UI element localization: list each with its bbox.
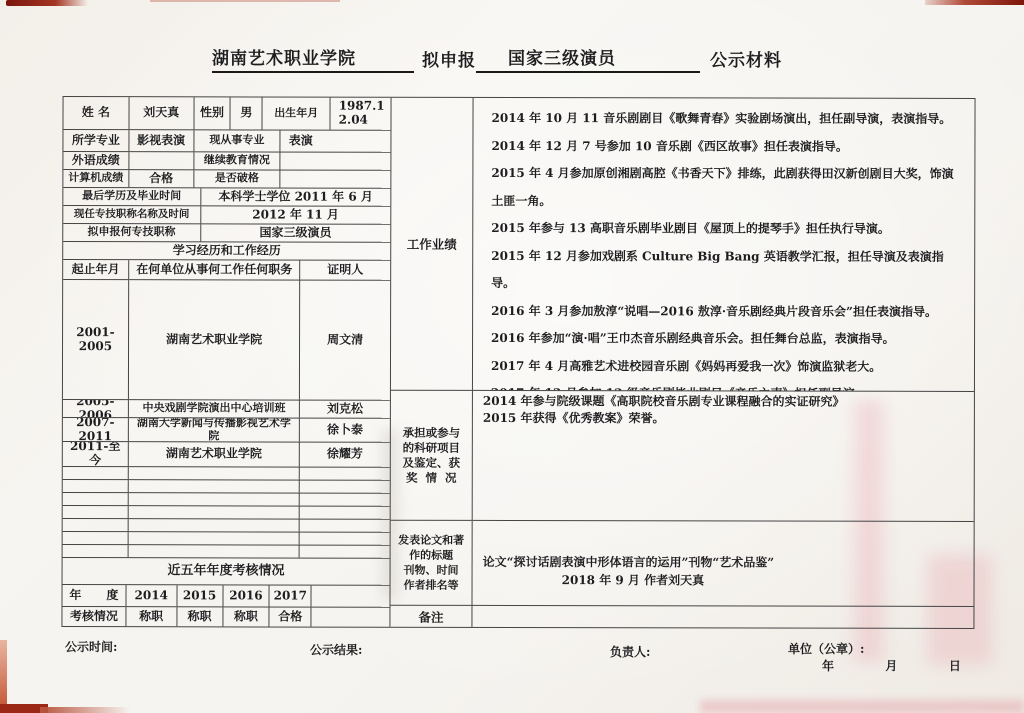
exp3-period: 2007-2011: [63, 418, 129, 441]
empty-cell: [129, 467, 300, 479]
empty-cell: [300, 546, 390, 558]
empty-cell: [300, 481, 390, 493]
scan-artifact-left-band: [0, 640, 7, 713]
exp3-org: 湖南大学新闻与传播影视艺术学院: [129, 418, 301, 441]
col-witness: 证明人: [300, 261, 390, 280]
achievement-item: 2015 年 12 月参加戏剧系 Culture Big Bang 英语教学汇报…: [491, 242, 964, 298]
degree-value: 本科学士学位 2011 年 6 月: [201, 188, 390, 205]
experience-row-2: 2005-2006 中央戏剧学院演出中心培训班 刘克松: [63, 400, 390, 419]
continuing-value: [281, 153, 391, 170]
col-period: 起止年月: [63, 260, 129, 279]
experience-column-headers: 起止年月 在何单位从事何工作任何职务 证明人: [63, 260, 390, 281]
year-2015: 2015: [177, 585, 223, 606]
achievement-item: 2017 年 4 月高雅艺术进校园音乐剧《妈妈再爱我一次》饰演监狱老大。: [491, 352, 964, 380]
assessment-section-header: 近五年年度考核情况: [63, 558, 390, 586]
achievement-item: 2016 年 3 月参加敖淳“说唱—2016 敖淳·音乐剧经典片段音乐会”担任表…: [491, 297, 964, 325]
scanned-form-page: 湖南艺术职业学院 拟申报 国家三级演员 公示材料 姓 名 刘天真 性别 男 出生…: [0, 0, 1024, 713]
scan-artifact-bottom-left: [0, 704, 48, 713]
result-2015: 称职: [177, 607, 223, 626]
publication-line-2: 2018 年 9 月 作者刘天真: [473, 571, 794, 590]
achievements-content: 2014 年 10 月 11 音乐剧剧目《歌舞青春》实验剧场演出，担任副导演，表…: [473, 98, 975, 392]
research-label-line: 的科研项目: [403, 440, 461, 455]
exp1-witness: 周文清: [300, 281, 390, 400]
empty-cell: [300, 520, 390, 532]
scan-artifact-bottom-left2: [40, 707, 130, 713]
publications-content: 论文“探讨话剧表演中形体语言的运用”刊物“艺术品鉴” 2018 年 9 月 作者…: [472, 521, 973, 607]
year-empty: [312, 586, 390, 607]
exception-label: 是否破格: [194, 170, 281, 187]
current-major-label: 现从事专业: [194, 130, 281, 151]
result-empty: [312, 608, 390, 627]
research-item: 2015 年获得《优秀教案》荣誉。: [483, 410, 966, 428]
experience-row-3: 2007-2011 湖南大学新闻与传播影视艺术学院 徐卜泰: [63, 418, 390, 443]
empty-cell: [128, 506, 299, 518]
title-suffix: 公示材料: [710, 46, 782, 73]
major-label: 所学专业: [63, 130, 129, 151]
exp2-witness: 刘克松: [300, 401, 390, 418]
row-foreign: 外语成绩 继续教育情况: [63, 152, 390, 171]
row-apply-title: 拟申报何专技职称 国家三级演员: [63, 224, 390, 243]
publications-label-line: 作者排名等: [404, 578, 459, 593]
empty-row: [63, 506, 390, 520]
empty-row: [63, 493, 390, 507]
degree-label: 最后学历及毕业时间: [63, 188, 201, 205]
year-2014: 2014: [126, 585, 177, 606]
achievement-item: 2015 年 4 月参加原创湘剧高腔《书香天下》排练，此剧获得田汉新创剧目大奖，…: [491, 160, 964, 216]
research-label-line: 承担或参与: [403, 425, 461, 440]
birth-label: 出生年月: [263, 97, 331, 129]
publications-label-line: 作的标题: [409, 548, 453, 563]
result-label: 考核情况: [62, 607, 126, 626]
row-name: 姓 名 刘天真 性别 男 出生年月 1987.12.04: [63, 97, 390, 131]
empty-cell: [300, 468, 390, 480]
experience-row-1: 2001-2005 湖南艺术职业学院 周文清: [63, 280, 390, 401]
assessment-results-row: 考核情况 称职 称职 称职 合格: [62, 607, 389, 627]
scan-artifact-top-right: [925, 0, 1024, 5]
foreign-value: [129, 152, 194, 169]
empty-cell: [63, 532, 129, 544]
research-label-line: 奖 情 况: [406, 470, 457, 485]
exp4-witness: 徐耀芳: [300, 443, 390, 467]
gender-label: 性别: [194, 97, 231, 129]
empty-cell: [128, 519, 299, 531]
achievement-item: 2014 年 12 月 7 号参加 10 音乐剧《西区故事》担任表演指导。: [491, 132, 964, 160]
empty-row: [63, 532, 390, 546]
scan-artifact-top-middle: [150, 0, 340, 2]
assessment-section-title: 近五年年度考核情况: [63, 558, 390, 585]
exp2-org: 中央戏剧学院演出中心培训班: [129, 400, 301, 417]
section-label-column: 工作业绩 承担或参与 的科研项目 及鉴定、获 奖 情 况 发表论文和著 作的标题…: [390, 98, 473, 627]
exp1-period: 2001-2005: [63, 280, 129, 399]
year-2017: 2017: [270, 585, 312, 606]
remarks-label-text: 备注: [418, 607, 443, 625]
empty-cell: [63, 519, 129, 531]
publicity-result-label: 公示结果:: [310, 641, 362, 658]
remarks-label: 备注: [390, 606, 471, 627]
empty-cell: [63, 480, 129, 492]
empty-cell: [129, 493, 300, 505]
year-2016: 2016: [223, 585, 270, 606]
publication-line-1: 论文“探讨话剧表演中形体语言的运用”刊物“艺术品鉴”: [473, 554, 974, 572]
birth-value: 1987.12.04: [331, 98, 391, 130]
empty-cell: [129, 480, 300, 492]
empty-row: [63, 480, 390, 494]
computer-label: 计算机成绩: [63, 170, 129, 187]
empty-cell: [128, 532, 299, 544]
scan-smudge-pink-3: [700, 700, 1024, 713]
research-content: 2014 年参与院级课题《高职院校音乐剧专业课程融合的实证研究》 2015 年获…: [473, 391, 974, 522]
empty-row: [63, 467, 390, 481]
empty-cell: [128, 545, 299, 557]
responsible-person-label: 负责人:: [610, 643, 650, 660]
title-target: 国家三级演员: [476, 44, 700, 73]
exception-value: [281, 171, 391, 188]
publications-label: 发表论文和著 作的标题 刊物、时间 作者排名等: [390, 521, 471, 606]
exp1-org: 湖南艺术职业学院: [129, 280, 301, 399]
form-title: 湖南艺术职业学院 拟申报 国家三级演员 公示材料: [212, 44, 782, 73]
row-degree: 最后学历及毕业时间 本科学士学位 2011 年 6 月: [63, 188, 390, 207]
major-value: 影视表演: [129, 130, 194, 151]
achievement-item: 2014 年 10 月 11 音乐剧剧目《歌舞青春》实验剧场演出，担任副导演，表…: [491, 105, 964, 133]
achievements-label: 工作业绩: [391, 98, 473, 391]
unit-seal-label: 单位（公章）:: [788, 640, 864, 657]
publications-label-line: 刊物、时间: [404, 563, 459, 578]
empty-cell: [63, 493, 129, 505]
section-content-column: 2014 年 10 月 11 音乐剧剧目《歌舞青春》实验剧场演出，担任副导演，表…: [472, 98, 974, 628]
empty-row: [63, 545, 390, 559]
apply-title-label: 拟申报何专技职称: [63, 224, 201, 241]
empty-row: [63, 519, 390, 533]
row-major: 所学专业 影视表演 现从事专业 表演: [63, 130, 390, 153]
remarks-content: [472, 606, 973, 628]
name-value: 刘天真: [129, 97, 194, 129]
col-org: 在何单位从事何工作任何职务: [129, 260, 301, 279]
year-label: 年 度: [62, 585, 126, 606]
exp2-period: 2005-2006: [63, 400, 129, 417]
empty-cell: [63, 545, 129, 557]
form-table: 姓 名 刘天真 性别 男 出生年月 1987.12.04 所学专业 影视表演 现…: [61, 96, 975, 629]
continuing-label: 继续教育情况: [194, 152, 281, 169]
foreign-label: 外语成绩: [63, 152, 129, 169]
experience-section-title: 学习经历和工作经历: [63, 242, 390, 260]
name-label: 姓 名: [63, 97, 129, 129]
empty-cell: [300, 494, 390, 506]
research-item: 2014 年参与院级课题《高职院校音乐剧专业课程融合的实证研究》: [483, 393, 966, 411]
achievements-label-text: 工作业绩: [407, 235, 457, 253]
title-middle: 拟申报: [422, 46, 476, 73]
research-label: 承担或参与 的科研项目 及鉴定、获 奖 情 况: [391, 391, 472, 521]
title-school: 湖南艺术职业学院: [212, 44, 414, 73]
date-line: 年 月 日: [822, 657, 963, 674]
computer-value: 合格: [129, 170, 194, 187]
current-title-value: 2012 年 11 月: [201, 206, 390, 223]
result-2016: 称职: [223, 607, 270, 626]
empty-cell: [300, 507, 390, 519]
row-computer: 计算机成绩 合格 是否破格: [63, 170, 390, 189]
assessment-years-row: 年 度 2014 2015 2016 2017: [62, 585, 389, 608]
achievement-item: 2015 年参与 13 高职音乐剧毕业剧目《屋顶上的提琴手》担任执行导演。: [491, 215, 964, 243]
personal-info-block: 姓 名 刘天真 性别 男 出生年月 1987.12.04 所学专业 影视表演 现…: [62, 97, 391, 627]
exp4-period: 2011-至今: [63, 442, 129, 466]
current-major-value: 表演: [281, 131, 391, 152]
publications-label-line: 发表论文和著: [398, 533, 464, 548]
empty-cell: [63, 506, 129, 518]
result-2017: 合格: [270, 607, 312, 626]
apply-title-value: 国家三级演员: [201, 224, 390, 241]
experience-row-4: 2011-至今 湖南艺术职业学院 徐耀芳: [63, 442, 390, 468]
empty-cell: [300, 533, 390, 545]
scan-artifact-top-left: [6, 0, 88, 6]
result-2014: 称职: [126, 607, 177, 626]
exp3-witness: 徐卜泰: [300, 419, 390, 442]
empty-cell: [63, 467, 129, 479]
row-current-title: 现任专技职称名称及时间 2012 年 11 月: [63, 206, 390, 225]
publicity-time-label: 公示时间:: [65, 638, 117, 655]
research-label-line: 及鉴定、获: [403, 455, 461, 470]
achievement-item: 2016 年参加“演·唱”王巾杰音乐剧经典音乐会。担任舞台总监，表演指导。: [491, 325, 964, 353]
gender-value: 男: [231, 97, 263, 129]
exp4-org: 湖南艺术职业学院: [129, 442, 301, 466]
current-title-label: 现任专技职称名称及时间: [63, 206, 201, 223]
experience-section-header: 学习经历和工作经历: [63, 242, 390, 261]
